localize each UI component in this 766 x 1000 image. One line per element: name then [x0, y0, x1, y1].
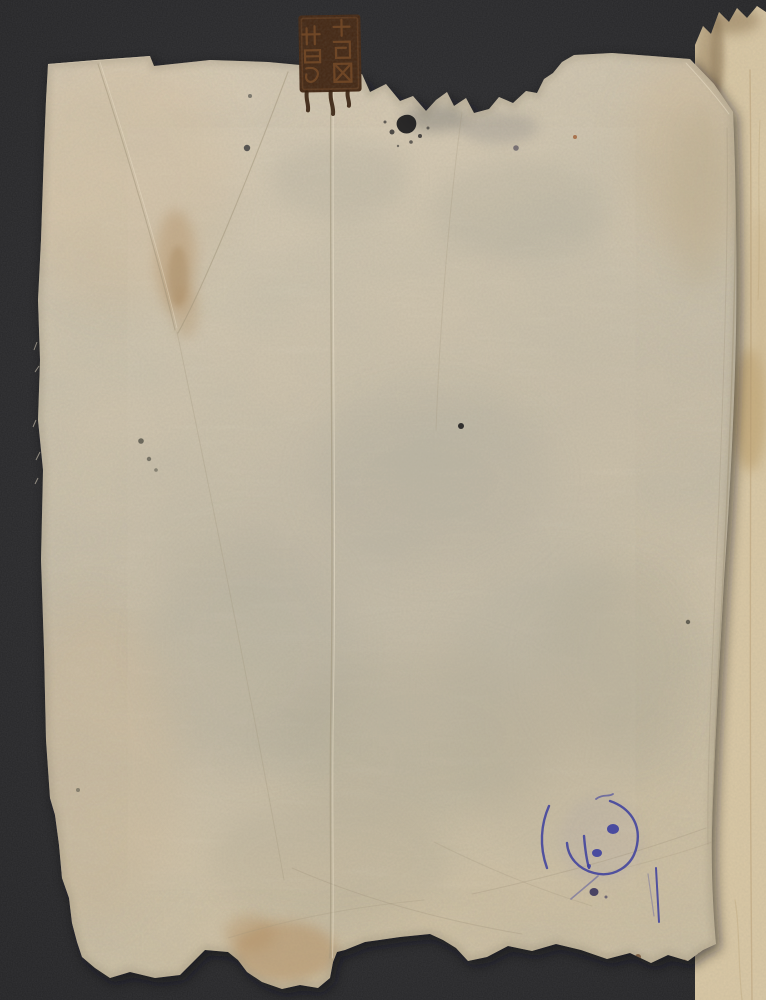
manuscript-leaf	[0, 0, 766, 1000]
leaf-texture	[0, 0, 766, 1000]
digitized-manuscript-photo: Blank, heavily aged manuscript leaf with…	[0, 0, 766, 1000]
